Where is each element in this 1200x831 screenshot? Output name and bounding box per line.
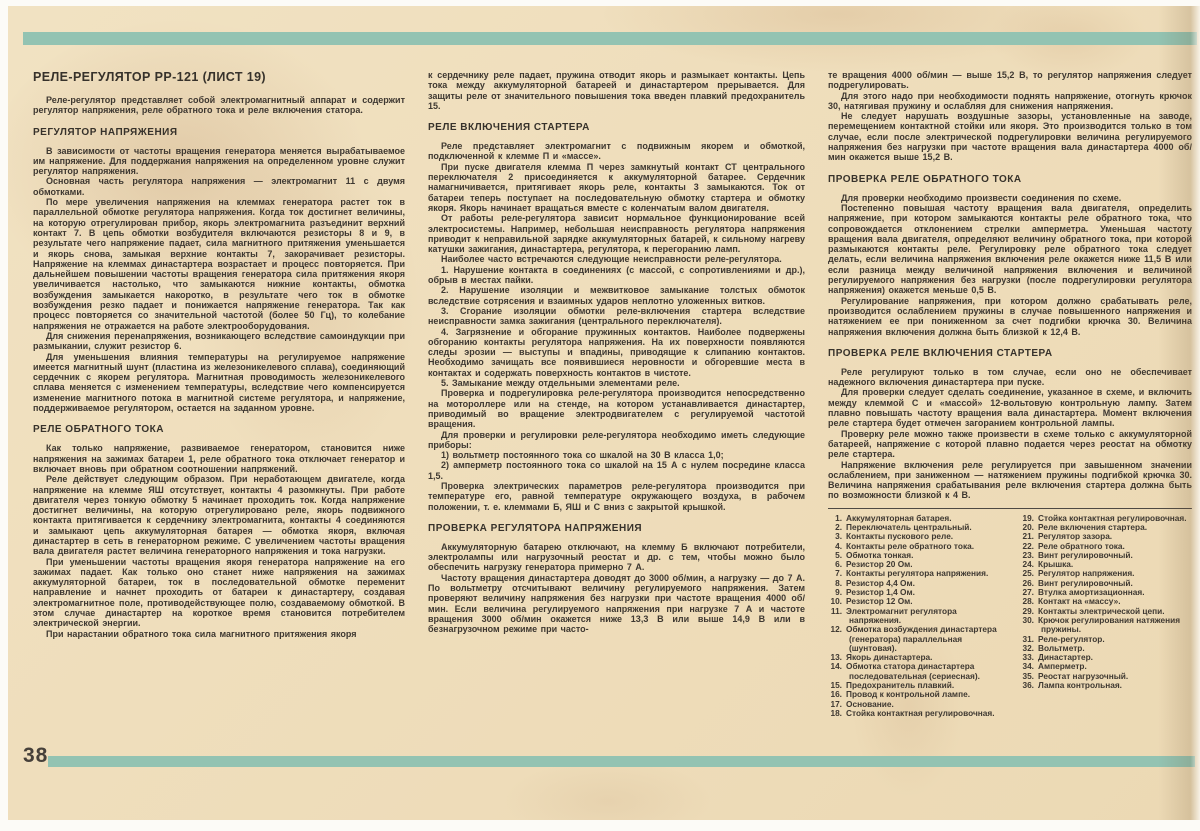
parts-list-item: 14.Обмотка статора династартера последов… — [828, 662, 1010, 681]
paragraph: Постепенно повышая частоту вращения вала… — [828, 203, 1192, 296]
bottom-accent-bar — [48, 756, 1195, 767]
paper-sheet: РЕЛЕ-РЕГУЛЯТОР РР-121 (ЛИСТ 19)Реле-регу… — [8, 6, 1200, 820]
paragraph: 4. Загрязнение и обгорание пружинных кон… — [428, 327, 805, 378]
paragraph: Аккумуляторную батарею отключают, на кле… — [428, 542, 805, 573]
parts-item-label: Электромагнит регулятора напряжения. — [846, 606, 957, 625]
paragraph: Для этого надо при необходимости поднять… — [828, 91, 1192, 112]
parts-item-number: 30. — [1020, 616, 1034, 625]
parts-item-label: Лампа контрольная. — [1038, 680, 1122, 690]
paragraph: Для проверки и регулировки реле-регулято… — [428, 430, 805, 451]
paragraph: Регулирование напряжения, при котором до… — [828, 296, 1192, 337]
paragraph: Реле регулируют только в том случае, есл… — [828, 367, 1192, 388]
paragraph: При нарастании обратного тока сила магни… — [33, 629, 405, 639]
parts-item-label: Стойка контактная регулировочная. — [846, 708, 995, 718]
parts-list-item: 11.Электромагнит регулятора напряжения. — [828, 607, 1010, 626]
parts-list-item: 30.Крючок регулирования натяжения пружин… — [1020, 616, 1192, 635]
parts-list-column-2: 19.Стойка контактная регулировочная.20.Р… — [1010, 514, 1192, 719]
paragraph: 1) вольтметр постоянного тока со шкалой … — [428, 450, 805, 460]
paragraph: В зависимости от частоты вращения генера… — [33, 146, 405, 177]
section-heading: РЕЛЕ ОБРАТНОГО ТОКА — [33, 424, 405, 435]
paragraph: Для снижения перенапряжения, возникающег… — [33, 331, 405, 352]
paragraph: Напряжение включения реле регулируется п… — [828, 460, 1192, 501]
paragraph: Основная часть регулятора напряжения — э… — [33, 176, 405, 197]
paragraph: При пуске двигателя клемма П через замкн… — [428, 162, 805, 213]
paragraph: 1. Нарушение контакта в соединениях (с м… — [428, 265, 805, 286]
paragraph: Для проверки следует сделать соединение,… — [828, 387, 1192, 428]
text-columns: РЕЛЕ-РЕГУЛЯТОР РР-121 (ЛИСТ 19)Реле-регу… — [33, 70, 1192, 718]
parts-item-label: Обмотка статора династартера последовате… — [846, 661, 980, 680]
parts-item-number: 12. — [828, 625, 842, 634]
paragraph: 2) амперметр постоянного тока со шкалой … — [428, 460, 805, 481]
paragraph: Проверку реле можно также произвести в с… — [828, 429, 1192, 460]
column-right: те вращения 4000 об/мин — выше 15,2 В, т… — [828, 70, 1192, 718]
paragraph: к сердечнику реле падает, пружина отводи… — [428, 70, 805, 111]
parts-item-label: Обмотка возбуждения династартера (генера… — [846, 624, 997, 653]
paragraph: 2. Нарушение изоляции и межвитковое замы… — [428, 285, 805, 306]
column-left: РЕЛЕ-РЕГУЛЯТОР РР-121 (ЛИСТ 19)Реле-регу… — [33, 70, 405, 718]
paragraph: От работы реле-регулятора зависит нормал… — [428, 213, 805, 254]
paragraph: Проверка электрических параметров реле-р… — [428, 481, 805, 512]
parts-list-item: 18.Стойка контактная регулировочная. — [828, 709, 1010, 718]
parts-list-item: 36.Лампа контрольная. — [1020, 681, 1192, 690]
parts-list-column-1: 1.Аккумуляторная батарея.2.Переключатель… — [828, 514, 1010, 719]
parts-item-number: 36. — [1020, 681, 1034, 690]
parts-list-item: 12.Обмотка возбуждения династартера (ген… — [828, 625, 1010, 653]
parts-item-number: 14. — [828, 662, 842, 671]
paragraph: Проверка и подрегулировка реле-регулятор… — [428, 388, 805, 429]
paragraph: Реле действует следующим образом. При не… — [33, 474, 405, 556]
paragraph: Частоту вращения династартера доводят до… — [428, 573, 805, 635]
scanned-book-page: РЕЛЕ-РЕГУЛЯТОР РР-121 (ЛИСТ 19)Реле-регу… — [0, 0, 1200, 831]
top-accent-bar — [23, 32, 1197, 45]
paragraph: Реле представляет электромагнит с подвиж… — [428, 141, 805, 162]
page-number: 38 — [23, 744, 48, 768]
section-heading: ПРОВЕРКА РЕЛЕ ОБРАТНОГО ТОКА — [828, 174, 1192, 185]
column-right-text: те вращения 4000 об/мин — выше 15,2 В, т… — [828, 70, 1192, 501]
paragraph: Реле-регулятор представляет собой электр… — [33, 95, 405, 116]
paragraph: Как только напряжение, развиваемое генер… — [33, 443, 405, 474]
paragraph: 5. Замыкание между отдельными элементами… — [428, 378, 805, 388]
section-heading: РЕГУЛЯТОР НАПРЯЖЕНИЯ — [33, 127, 405, 138]
section-heading: ПРОВЕРКА РЕЛЕ ВКЛЮЧЕНИЯ СТАРТЕРА — [828, 348, 1192, 359]
parts-item-number: 18. — [828, 709, 842, 718]
paragraph: При уменьшении частоты вращения якоря ге… — [33, 557, 405, 629]
section-heading: ПРОВЕРКА РЕГУЛЯТОРА НАПРЯЖЕНИЯ — [428, 523, 805, 534]
paragraph: 3. Сгорание изоляции обмотки реле-включе… — [428, 306, 805, 327]
parts-list: 1.Аккумуляторная батарея.2.Переключатель… — [828, 514, 1192, 719]
parts-item-number: 11. — [828, 607, 842, 616]
paragraph: Не следует нарушать воздушные зазоры, ус… — [828, 111, 1192, 162]
column-middle: к сердечнику реле падает, пружина отводи… — [428, 70, 805, 718]
section-heading: РЕЛЕ ВКЛЮЧЕНИЯ СТАРТЕРА — [428, 122, 805, 133]
paragraph: Наиболее часто встречаются следующие неи… — [428, 254, 805, 264]
paragraph: Для проверки необходимо произвести соеди… — [828, 193, 1192, 203]
paragraph: Для уменьшения влияния температуры на ре… — [33, 352, 405, 414]
parts-list-divider — [828, 508, 1192, 509]
parts-item-label: Крючок регулирования натяжения пружины. — [1038, 615, 1180, 634]
paragraph: По мере увеличения напряжения на клеммах… — [33, 197, 405, 331]
paragraph: те вращения 4000 об/мин — выше 15,2 В, т… — [828, 70, 1192, 91]
page-title: РЕЛЕ-РЕГУЛЯТОР РР-121 (ЛИСТ 19) — [33, 70, 405, 84]
